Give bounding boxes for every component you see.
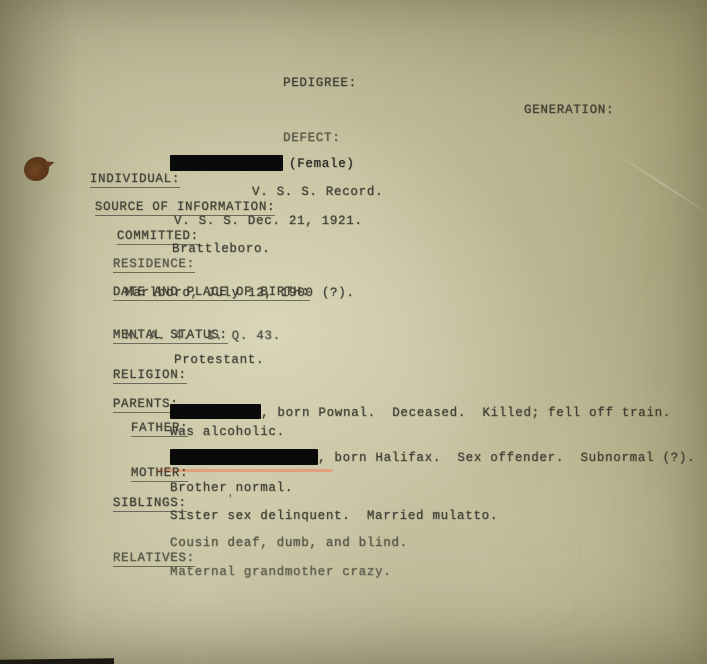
defect-label: DEFECT:	[283, 131, 340, 146]
religion-value: Protestant.	[174, 353, 264, 368]
stray-typewriter-mark: '	[227, 494, 234, 506]
relatives-line2: Maternal grandmother crazy.	[170, 565, 391, 580]
individual-value: (Female)	[289, 157, 355, 172]
mental-status-value: M. A. 4. I. Q. 43.	[125, 329, 281, 344]
ink-blot	[24, 157, 49, 181]
birth-value: Marlboro, July 12, 1900 (?).	[125, 286, 355, 301]
pedigree-heading: PEDIGREE:	[283, 76, 357, 91]
pedigree-record-photo: PEDIGREE: GENERATION: DEFECT: INDIVIDUAL…	[0, 0, 707, 664]
father-details: , born Pownal. Deceased. Killed; fell of…	[261, 406, 671, 421]
mother-label: MOTHER:	[131, 466, 188, 482]
redaction-box	[170, 449, 318, 465]
generation-label: GENERATION:	[524, 103, 614, 118]
father-details-line2: Was alcoholic.	[170, 425, 285, 440]
embossed-mark	[540, 588, 576, 626]
siblings-line2: Sister sex delinquent. Married mulatto.	[170, 509, 498, 524]
embossed-mark	[536, 520, 580, 580]
relatives-line1: Cousin deaf, dumb, and blind.	[170, 536, 408, 551]
redaction-box	[170, 155, 283, 171]
paper-crease	[612, 150, 707, 222]
redaction-box	[170, 404, 261, 419]
mother-details: , born Halifax. Sex offender. Subnormal …	[318, 451, 695, 466]
embossed-mark	[512, 438, 540, 510]
committed-value: V. S. S. Dec. 21, 1921.	[174, 214, 363, 229]
residence-value: Brattleboro.	[172, 242, 270, 257]
embossed-mark	[548, 628, 580, 642]
source-value: V. S. S. Record.	[252, 185, 383, 200]
photo-edge-shadow	[0, 658, 114, 664]
